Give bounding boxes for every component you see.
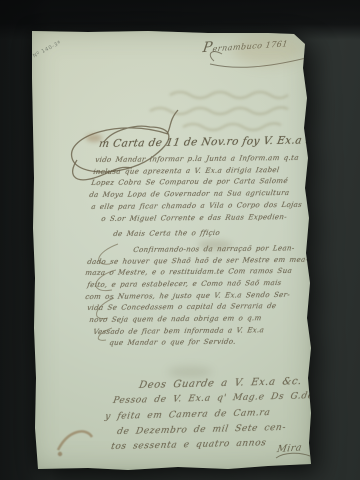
manuscript-closing-line: Deos Guarde a V. Ex.a &c. <box>138 376 303 391</box>
manuscript-line: Vessado de ficar bem informada a V. Ex.a <box>93 325 265 336</box>
manuscript-line: o S.or Miguel Corrente e das Ruas Expedi… <box>101 212 288 223</box>
ink-stain <box>50 418 100 463</box>
signature: Mira <box>276 442 303 455</box>
manuscript-line: da Moya Lopa de Governador na Sua agricu… <box>89 188 290 199</box>
manuscript-line: Lopez Cobra Se Comparou de por Carta Sal… <box>91 176 289 187</box>
ink-bleedthrough <box>145 85 310 140</box>
manuscript-closing-line: de Dezembro de mil Sete cen- <box>116 423 286 437</box>
manuscript-line: com os Numeros, he justo que V. Ex.a Sen… <box>85 290 291 301</box>
docket-annotation: Pernambuco 1761 <box>202 34 290 56</box>
manuscript-line: maza o Mestre, e o restituidam.te Com ra… <box>85 266 293 277</box>
photograph-background: Nº 140-3ª Pernambuco 1761 <box>0 0 360 480</box>
document-sheet: Nº 140-3ª Pernambuco 1761 <box>28 28 314 472</box>
manuscript-closing-line: Pessoa de V. Ex.a q' Mag.e Ds G.de <box>112 391 314 406</box>
manuscript-line: vida Se Concedassem o capital da Serrari… <box>87 301 277 312</box>
pencil-reference-annotation: Nº 140-3ª <box>32 40 62 59</box>
manuscript-line: a elle para ficar chamado a Vila o Corpo… <box>91 200 303 211</box>
manuscript-closing-line: y feita em Camera de Cam.ra <box>104 408 271 422</box>
paper-smudge <box>168 366 212 378</box>
manuscript-line: de Mais Certa the o ffiçio <box>113 228 221 238</box>
manuscript-line: dado se houver que Shaõ haõ de ser Mestr… <box>87 255 309 266</box>
manuscript-line: vido Mandar informar p.la Junta a Inform… <box>95 153 300 164</box>
manuscript-closing-line: tos sessenta e quatro annos <box>110 438 267 452</box>
manuscript-heading: m Carta de 11 de Nov.ro foy V. Ex.a Ser- <box>98 134 330 150</box>
manuscript-line: feito, e para estabelecer, e Como naõ Sa… <box>87 278 283 289</box>
manuscript-line: Confirmando-nos da narraçaõ por Lean- <box>133 243 296 254</box>
manuscript-line: novo Seja quem de nada obriga em o q.m <box>89 313 263 324</box>
manuscript-line: inclusa que aprezenta a V. Ex.a dirigia … <box>93 165 280 176</box>
manuscript-line: que Mandar o que for Servido. <box>109 337 237 347</box>
document-sheet-wrap: Nº 140-3ª Pernambuco 1761 <box>0 0 360 480</box>
